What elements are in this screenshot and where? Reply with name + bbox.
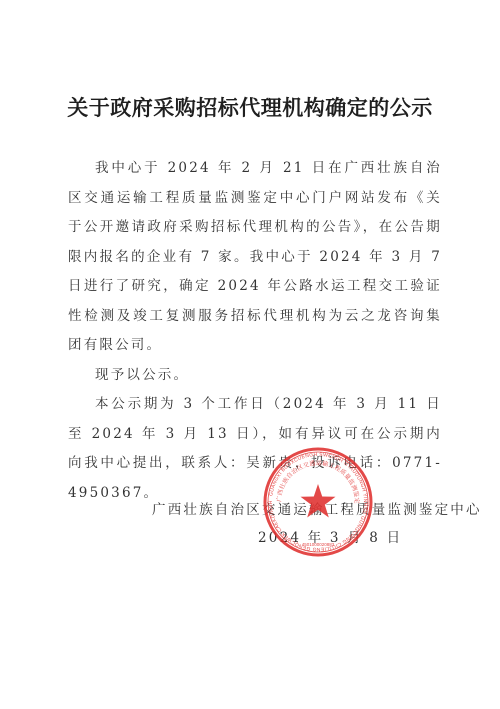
seal-star-icon <box>301 484 336 518</box>
official-seal-icon: GUANGXI BOUXCUENGH SWCIGIH GYAUDUNGH YIN… <box>262 446 374 558</box>
document-body: 我中心于 2024 年 2 月 21 日在广西壮族自治区交通运输工程质量监测鉴定… <box>68 154 442 508</box>
paragraph-notice: 现予以公示。 <box>68 361 442 391</box>
document-title: 关于政府采购招标代理机构确定的公示 <box>0 92 500 122</box>
seal-number: 4501000020883 <box>302 542 335 547</box>
paragraph-announcement: 我中心于 2024 年 2 月 21 日在广西壮族自治区交通运输工程质量监测鉴定… <box>68 154 442 361</box>
paragraph-period: 本公示期为 3 个工作日（2024 年 3 月 11 日至 2024 年 3 月… <box>68 390 442 508</box>
